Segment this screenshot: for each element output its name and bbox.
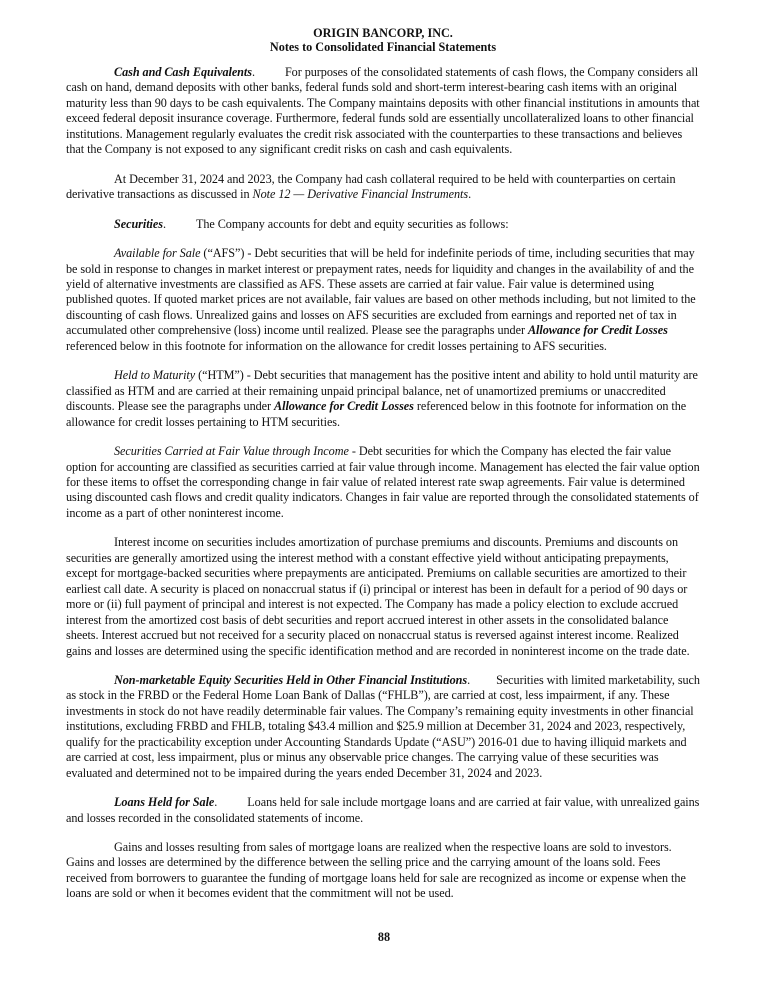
section-heading-nonmarketable: Non-marketable Equity Securities Held in… xyxy=(114,673,467,687)
page-number: 88 xyxy=(0,930,768,945)
company-name: ORIGIN BANCORP, INC. xyxy=(66,27,700,41)
paragraph-gains-losses: Gains and losses resulting from sales of… xyxy=(66,840,700,902)
paragraph-securities: Securities.The Company accounts for debt… xyxy=(66,217,700,232)
paragraph-loans-held-for-sale: Loans Held for Sale.Loans held for sale … xyxy=(66,795,700,826)
reference-allowance: Allowance for Credit Losses xyxy=(528,323,668,337)
term-afs: Available for Sale xyxy=(114,246,200,260)
page-subtitle: Notes to Consolidated Financial Statemen… xyxy=(66,41,700,55)
paragraph-afs: Available for Sale (“AFS”) - Debt securi… xyxy=(66,246,700,354)
section-heading-loans-hfs: Loans Held for Sale xyxy=(114,795,214,809)
paragraph-fair-value-income: Securities Carried at Fair Value through… xyxy=(66,444,700,521)
paragraph-cash-equivalents: Cash and Cash Equivalents.For purposes o… xyxy=(66,65,700,158)
page-header: ORIGIN BANCORP, INC. Notes to Consolidat… xyxy=(66,27,700,54)
term-htm: Held to Maturity xyxy=(114,368,195,382)
paragraph-htm: Held to Maturity (“HTM”) - Debt securiti… xyxy=(66,368,700,430)
paragraph-interest-income: Interest income on securities includes a… xyxy=(66,535,700,659)
paragraph-collateral: At December 31, 2024 and 2023, the Compa… xyxy=(66,172,700,203)
section-heading-cash: Cash and Cash Equivalents xyxy=(114,65,252,79)
reference-allowance: Allowance for Credit Losses xyxy=(274,399,414,413)
section-heading-securities: Securities xyxy=(114,217,163,231)
note-reference: Note 12 — Derivative Financial Instrumen… xyxy=(253,187,469,201)
paragraph-nonmarketable-equity: Non-marketable Equity Securities Held in… xyxy=(66,673,700,781)
document-page: ORIGIN BANCORP, INC. Notes to Consolidat… xyxy=(66,27,700,902)
term-fvti: Securities Carried at Fair Value through… xyxy=(114,444,349,458)
